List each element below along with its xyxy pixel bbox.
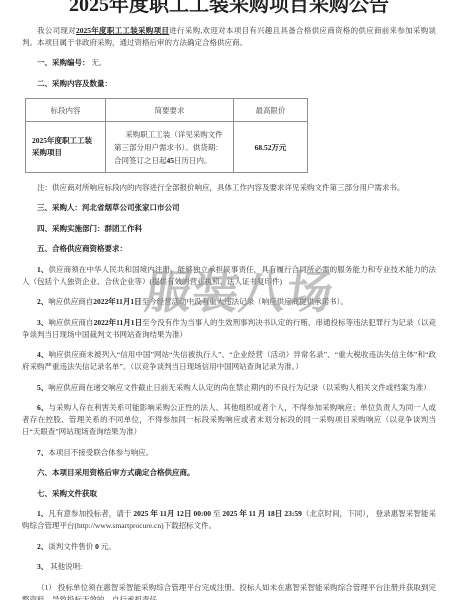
qualification-item-7: 7、本项目不接受联合体参与响应。 [22, 447, 436, 459]
item-text: 与采购人存在利害关系可能影响采购公正性的法人、其他组织或者个人，不得参加采购响应… [22, 403, 436, 436]
item-number: 5、 [37, 383, 48, 392]
section-1-label: 一、采购编号： [37, 58, 90, 67]
qualification-item-1: 1、供应商须在中华人民共和国境内注册，能够独立承担民事责任，具有履行合同所必需的… [22, 264, 436, 288]
acquisition-item-1: 1、凡有意参加投标者，请于 2025 年 11月 12日 00:00 至 202… [22, 508, 436, 532]
qualification-item-3: 3、响应供应商自2022年11月1日至今没有作为当事人的生效刑事判决书认定的行贿… [22, 317, 436, 341]
table-row: 2025年度职工工装采购项目 采购职工工装（详见采购文件第三部分用户需求书）。供… [26, 122, 308, 173]
item-number: 4、 [37, 350, 48, 359]
req-post: 日历日内。 [174, 156, 212, 165]
item-text: 响应供应商自 [48, 297, 93, 306]
item-text: 至今经营活动中没有重大违法记录（响应供应商提供承诺书）。 [142, 297, 348, 306]
header-max-price: 最高限价 [234, 99, 308, 122]
item-text: 本项目不接受联合体参与响应。 [48, 448, 153, 457]
item-text: 至 [211, 509, 222, 518]
qualification-item-6: 6、与采购人存在利害关系可能影响采购公正性的法人、其他组织或者个人，不得参加采购… [22, 402, 436, 438]
item-text: 响应供应商未被列入“信用中国”网站“失信被执行人”、“企业经营（活动）异常名录”… [22, 350, 436, 371]
item-text: 元。 [99, 542, 116, 551]
section-5-heading: 五、合格供应商资格要求： [22, 243, 436, 255]
header-requirements: 简要要求 [106, 99, 234, 122]
item-text: 其他说明: [48, 562, 82, 571]
item-number: 3、 [37, 562, 48, 571]
item-text: 供应商须在中华人民共和国境内注册，能够独立承担民事责任，具有履行合同所必需的服务… [22, 265, 436, 286]
requirements-cell: 采购职工工装（详见采购文件第三部分用户需求书）。供货期：合同签订之日起45日历日… [106, 122, 234, 173]
bid-section-name-cell: 2025年度职工工装采购项目 [26, 122, 106, 173]
header-bid-section: 标段内容 [26, 99, 106, 122]
qualification-item-5: 5、响应供应商在递交响应文件截止日前无采购人认定的尚在禁止期内的不良行为记录（以… [22, 382, 436, 394]
item-number: （1） [37, 583, 56, 592]
max-price-cell: 68.52万元 [234, 122, 308, 173]
section-1-heading: 一、采购编号： 无。 [22, 57, 436, 69]
announcement-document: 2025年度职工工装采购项目采购公告 我公司现对2025年度职工工装采购项目进行… [0, 0, 450, 600]
item-number: 3、 [37, 318, 48, 327]
section-1-value: 无。 [90, 58, 107, 67]
acquisition-item-2: 2、谈判文件售价 0 元。 [22, 541, 436, 553]
item-text: 凡有意参加投标者，请于 [48, 509, 133, 518]
page-title: 2025年度职工工装采购项目采购公告 [22, 0, 436, 16]
item-text: 响应供应商在递交响应文件截止日前无采购人认定的尚在禁止期内的不良行为记录（以采购… [48, 383, 431, 392]
section-6-heading: 六、本项目采用资格后审方式确定合格供应商。 [22, 467, 436, 479]
acquisition-item-3-sub-1: （1） 投标单位须在惠智采智能采购综合管理平台完成注册。投标人如未在惠智采智能采… [22, 582, 436, 600]
project-name-link: 2025年度职工工装采购项目 [76, 26, 169, 35]
procurement-table: 标段内容 简要要求 最高限价 2025年度职工工装采购项目 采购职工工装（详见采… [25, 98, 308, 173]
acquisition-item-3: 3、 其他说明: [22, 561, 436, 573]
table-header-row: 标段内容 简要要求 最高限价 [26, 99, 308, 122]
item-text: 谈判文件售价 [48, 542, 95, 551]
req-days: 45 [167, 156, 175, 165]
start-datetime: 2025 年 11月 12日 00:00 [133, 509, 211, 518]
end-datetime: 2025 年 11 月 18日 23:59 [222, 509, 301, 518]
section-3-heading: 三、采购人：河北省烟草公司张家口市公司 [22, 202, 436, 214]
item-number: 7、 [37, 448, 48, 457]
item-date: 2022年11月1日 [94, 318, 143, 327]
section-2-heading: 二、采购内容及数量： [22, 78, 436, 90]
item-number: 1、 [37, 265, 48, 274]
item-date: 2022年11月1日 [93, 297, 141, 306]
item-number: 1、 [37, 509, 48, 518]
item-number: 2、 [37, 297, 48, 306]
intro-paragraph: 我公司现对2025年度职工工装采购项目进行采购,欢迎对本项目有兴趣且具备合格供应… [22, 25, 436, 49]
qualification-item-2: 2、响应供应商自2022年11月1日至今经营活动中没有重大违法记录（响应供应商提… [22, 296, 436, 308]
section-4-heading: 四、采购实施部门：群团工作科 [22, 223, 436, 235]
qualification-item-4: 4、响应供应商未被列入“信用中国”网站“失信被执行人”、“企业经营（活动）异常名… [22, 349, 436, 373]
item-number: 6、 [37, 403, 48, 412]
item-text: 响应供应商自 [48, 318, 93, 327]
item-text: 投标单位须在惠智采智能采购综合管理平台完成注册。投标人如未在惠智采智能采购综合管… [22, 583, 436, 600]
table-note-paragraph: 注：供应商对所响应标段内的内容进行全部报价响应，具体工作内容及要求详见采购文件第… [22, 182, 436, 194]
section-7-heading: 七、采购文件获取 [22, 488, 436, 500]
intro-pre: 我公司现对 [37, 26, 76, 35]
item-number: 2、 [37, 542, 48, 551]
